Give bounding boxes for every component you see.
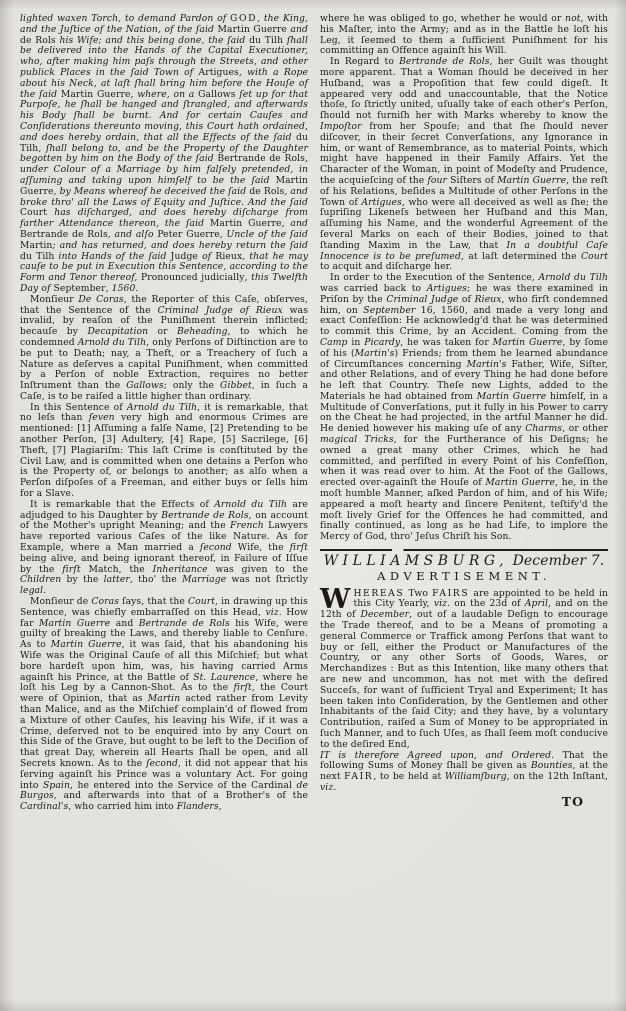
newspaper-page: lighted waxen Torch, to demand Pardon of…	[0, 0, 626, 1011]
dropcap-w: W	[320, 589, 353, 610]
advertisement-heading: ADVERTISEMENT.	[320, 571, 608, 582]
advertisement-body: WHEREAS Two FAIRS are appointed to be he…	[320, 589, 608, 794]
paragraph: IT is therefore Agreed upon, and Ordered…	[320, 751, 608, 794]
paragraph: where he was obliged to go, whether he w…	[320, 14, 608, 57]
paragraph: It is remarkable that the Effects of Arn…	[20, 500, 308, 597]
left-column: lighted waxen Torch, to demand Pardon of…	[20, 14, 308, 813]
right-column: where he was obliged to go, whether he w…	[320, 14, 608, 813]
paragraph: In order to the Execution of the Sentenc…	[320, 273, 608, 543]
paragraph: In Regard to Bertrande de Rols, her Guil…	[320, 57, 608, 273]
paragraph: WHEREAS Two FAIRS are appointed to be he…	[320, 589, 608, 751]
paragraph: Monſieur De Coras, the Reporter of this …	[20, 295, 308, 403]
text-columns: lighted waxen Torch, to demand Pardon of…	[20, 14, 608, 813]
paragraph: Monſieur de Coras ſays, that the Court, …	[20, 597, 308, 813]
catchword: TO	[320, 794, 608, 808]
paragraph: In this Sentence of Arnold du Tilh, it i…	[20, 403, 308, 500]
paragraph: lighted waxen Torch, to demand Pardon of…	[20, 14, 308, 295]
section-divider-rule	[320, 549, 608, 551]
right-column-top: where he was obliged to go, whether he w…	[320, 14, 608, 543]
dateline-heading: WILLIAMSBURG, December 7.	[320, 556, 608, 567]
